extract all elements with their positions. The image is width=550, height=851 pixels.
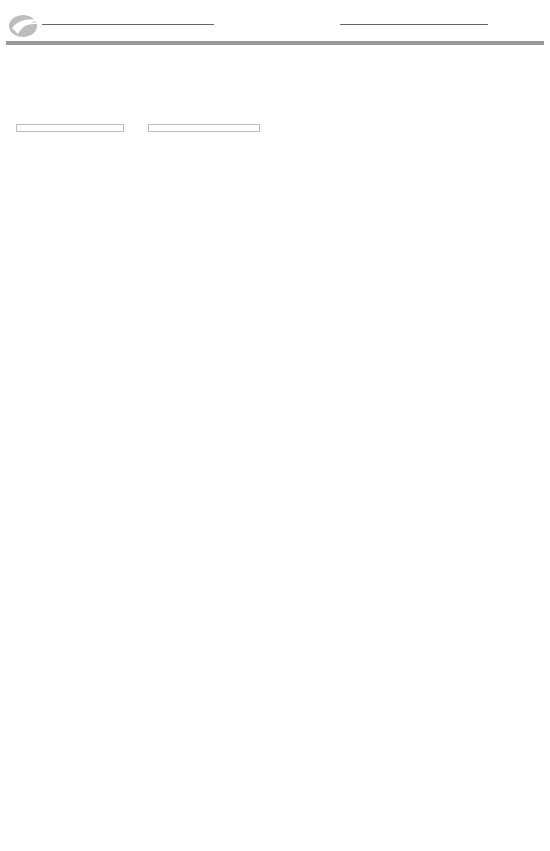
masthead-rule — [340, 24, 488, 25]
masthead-bar — [6, 41, 544, 45]
newspaper-logo-icon — [8, 10, 42, 38]
subheading-box — [16, 124, 124, 132]
main-story-column-2 — [140, 118, 268, 584]
masthead-rule — [42, 24, 214, 25]
masthead — [0, 0, 550, 44]
main-story-column-1 — [8, 118, 132, 584]
subheading-box — [148, 124, 260, 132]
